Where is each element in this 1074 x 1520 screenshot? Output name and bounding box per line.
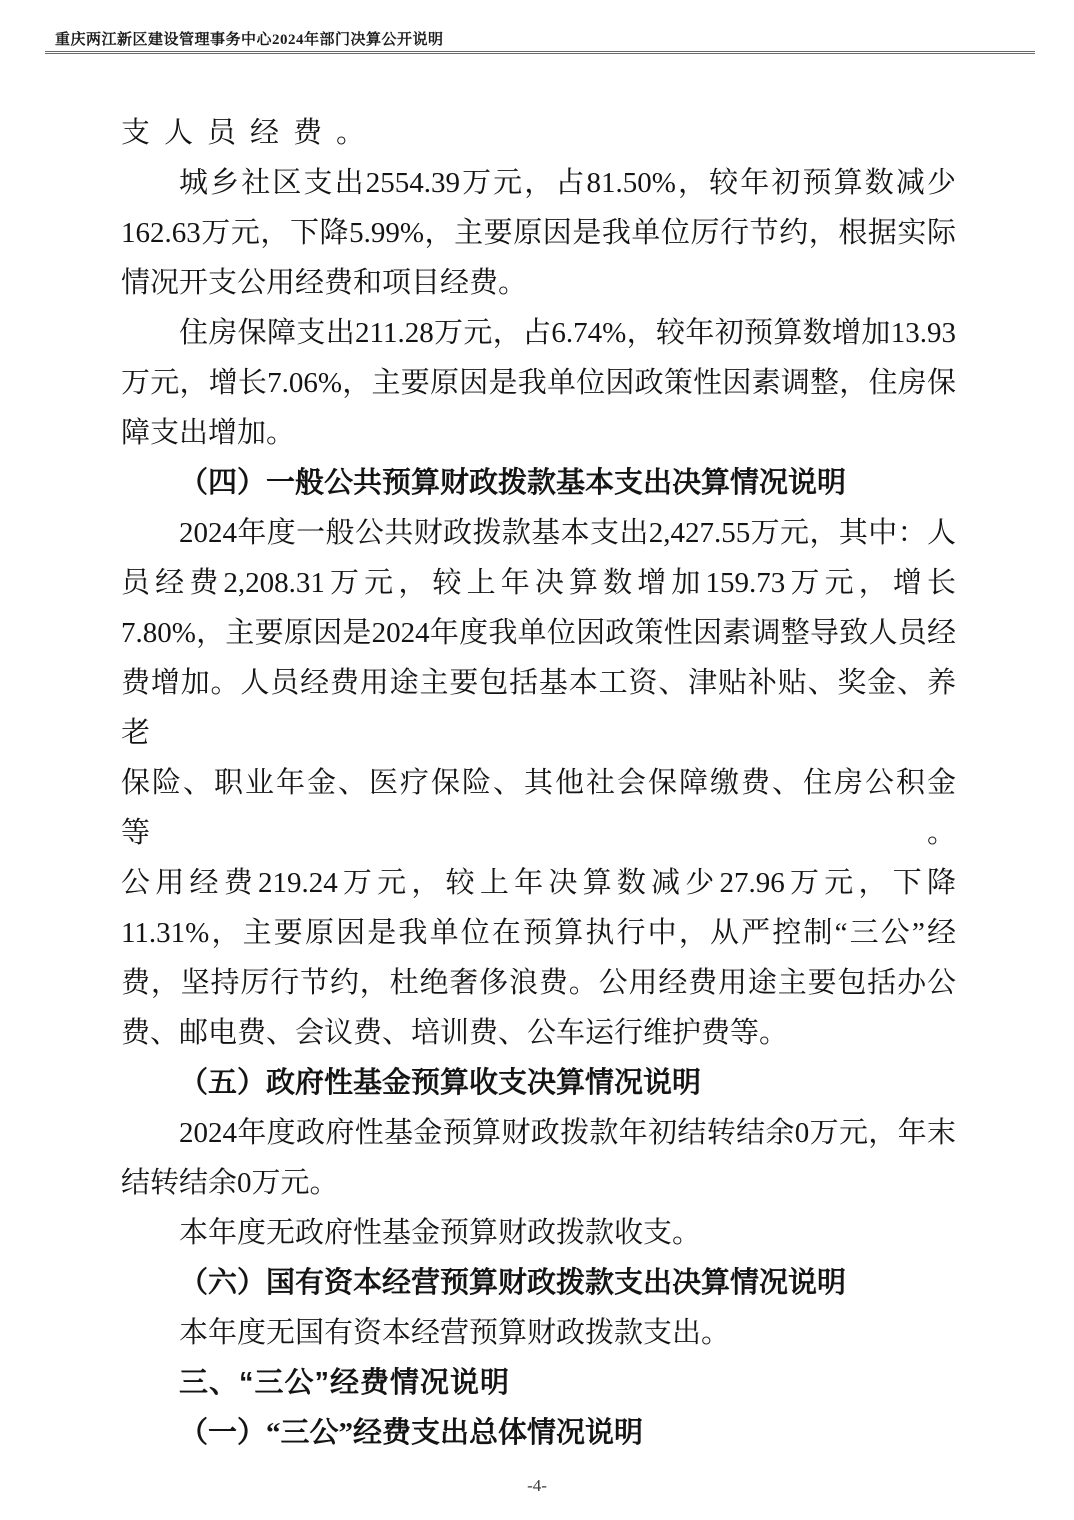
paragraph-line: 员经费2,208.31万元，较上年决算数增加159.73万元，增长 (121, 558, 956, 608)
paragraph-line: 障支出增加。 (121, 408, 956, 458)
paragraph-line: 万元，增长7.06%，主要原因是我单位因政策性因素调整，住房保 (121, 358, 956, 408)
paragraph-line: 2024年度一般公共财政拨款基本支出2,427.55万元，其中：人 (121, 508, 956, 558)
subsection-heading-1: （一）“三公”经费支出总体情况说明 (121, 1408, 956, 1458)
paragraph-line: 费，坚持厉行节约，杜绝奢侈浪费。公用经费用途主要包括办公 (121, 958, 956, 1008)
document-body: 支人员经费。城乡社区支出2554.39万元，占81.50%，较年初预算数减少16… (121, 108, 956, 1458)
document-page: 重庆两江新区建设管理事务中心2024年部门决算公开说明 支人员经费。城乡社区支出… (0, 0, 1074, 1520)
paragraph-line: 费增加。人员经费用途主要包括基本工资、津贴补贴、奖金、养老 (121, 658, 956, 758)
paragraph-line: 保险、职业年金、医疗保险、其他社会保障缴费、住房公积金等。 (121, 758, 956, 858)
section-heading-5: （五）政府性基金预算收支决算情况说明 (121, 1058, 956, 1108)
paragraph-line: 162.63万元，下降5.99%，主要原因是我单位厉行节约，根据实际 (121, 208, 956, 258)
paragraph-line: 费、邮电费、会议费、培训费、公车运行维护费等。 (121, 1008, 956, 1058)
section-heading-4: （四）一般公共预算财政拨款基本支出决算情况说明 (121, 458, 956, 508)
paragraph-line: 本年度无国有资本经营预算财政拨款支出。 (121, 1308, 956, 1358)
paragraph-line: 城乡社区支出2554.39万元，占81.50%，较年初预算数减少 (121, 158, 956, 208)
paragraph-line: 情况开支公用经费和项目经费。 (121, 258, 956, 308)
header-rule (45, 51, 1035, 54)
section-heading-6: （六）国有资本经营预算财政拨款支出决算情况说明 (121, 1258, 956, 1308)
page-number: -4- (0, 1476, 1074, 1496)
paragraph-line: 结转结余0万元。 (121, 1158, 956, 1208)
paragraph-line: 2024年度政府性基金预算财政拨款年初结转结余0万元，年末 (121, 1108, 956, 1158)
chapter-heading-3: 三、“三公”经费情况说明 (121, 1358, 956, 1408)
paragraph-line: 11.31%，主要原因是我单位在预算执行中，从严控制“三公”经 (121, 908, 956, 958)
paragraph-line: 本年度无政府性基金预算财政拨款收支。 (121, 1208, 956, 1258)
paragraph-line: 住房保障支出211.28万元，占6.74%，较年初预算数增加13.93 (121, 308, 956, 358)
paragraph-line: 支人员经费。 (121, 108, 956, 158)
paragraph-line: 公用经费219.24万元，较上年决算数减少27.96万元，下降 (121, 858, 956, 908)
paragraph-line: 7.80%，主要原因是2024年度我单位因政策性因素调整导致人员经 (121, 608, 956, 658)
document-header-title: 重庆两江新区建设管理事务中心2024年部门决算公开说明 (55, 28, 444, 49)
